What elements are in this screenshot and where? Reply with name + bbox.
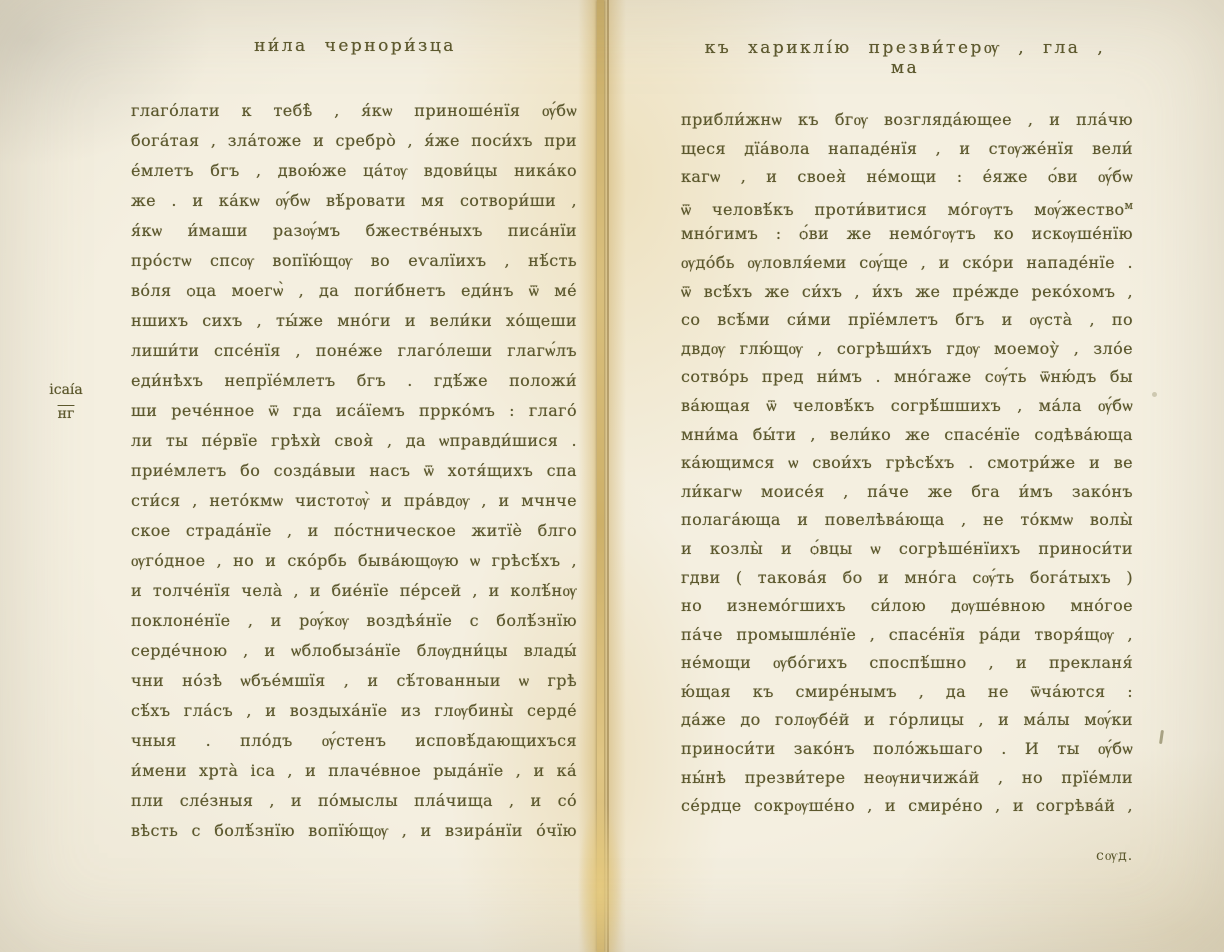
text-line: и козлы̀ и ѻ́вцы ѡ согрѣше́нїихъ приноси… <box>681 535 1133 564</box>
gutter-bottom-stain <box>572 800 628 952</box>
text-line: ю́щая къ смире́нымъ , да не ѿча́ются : <box>681 678 1133 707</box>
text-line: еди́нѣхъ непрїе́млетъ бгъ . гдѣ́же полож… <box>131 366 577 396</box>
text-line: серде́чною , и ѡблобыза́нїе блѹдни́цы вл… <box>131 636 577 666</box>
text-line: па́че промышле́нїе , спасе́нїя ра́ди тво… <box>681 621 1133 650</box>
text-line: сѣ́хъ гла́съ , и воздыха́нїе из глѹбины̀… <box>131 696 577 726</box>
text-line: кагѡ , и своея̀ не́мощи : е́яже ѻ́ви ѹ́б… <box>681 163 1133 192</box>
text-line: ли́кагѡ моисе́я , па́че же бга и́мъ зако… <box>681 478 1133 507</box>
text-line: но изнемо́гшихъ си́лою дѹше́вною мно́гое <box>681 592 1133 621</box>
text-line: ли ты пе́рвїе грѣхѝ своя̀ , да ѡправди́ш… <box>131 426 577 456</box>
text-line: щеся дїа́вола нападе́нїя , и стѹже́нїя в… <box>681 135 1133 164</box>
text-line: я́кѡ и́маши разѹ́мъ бжестве́ныхъ писа́нї… <box>131 216 577 246</box>
text-line: е́млетъ бгъ , двою́же ца́тѹ вдови́цы ник… <box>131 156 577 186</box>
right-running-head: къ хариклі́ю презви́терѹ , гла , ма <box>690 38 1120 78</box>
text-line: прибли́жнѡ къ бгѹ возгляда́ющее , и пла́… <box>681 106 1133 135</box>
text-line: же . и ка́кѡ ѹ́бѡ вѣ́ровати мя сотвори́ш… <box>131 186 577 216</box>
text-line: лиши́ти спсе́нїя , поне́же глаго́леши гл… <box>131 336 577 366</box>
text-line: ѹго́дное , но и ско́рбь быва́ющѹю ѡ грѣс… <box>131 546 577 576</box>
margin-note-book: ісаі́а <box>30 378 102 402</box>
text-line: со всѣ́ми си́ми прїе́млетъ бгъ и ѹста̀ ,… <box>681 306 1133 335</box>
text-line: полага́юща и повелѣва́юща , не то́кмѡ во… <box>681 506 1133 535</box>
text-line: ншихъ сихъ , ты́же мно́ги и вели́ки хо́щ… <box>131 306 577 336</box>
text-line: да́же до голѹбе́й и го́рлицы , и ма́лы м… <box>681 706 1133 735</box>
text-line: пли сле́зныя , и по́мыслы пла́чища , и с… <box>131 786 577 816</box>
text-line: и толче́нїя чела̀ , и бие́нїе пе́рсей , … <box>131 576 577 606</box>
text-line: про́стѡ спсѹ вопїю́щѹ во еѵалїихъ , нѣ́с… <box>131 246 577 276</box>
text-line: сотво́рь пред ни́мъ . мно́гаже сѹ́ть ѿню… <box>681 363 1133 392</box>
text-line: сти́ся , нето́кмѡ чистотѹ̀ и пра́вдѹ , и… <box>131 486 577 516</box>
text-line: во́ля ѻца моегѡ̀ , да поги́бнетъ еди́нъ … <box>131 276 577 306</box>
text-line: ка́ющимся ѡ свои́хъ грѣсѣ́хъ . смотри́же… <box>681 449 1133 478</box>
ink-speck <box>1159 730 1164 744</box>
text-line: глаго́лати к тебѣ̀ , я́кѡ приноше́нїя ѹ́… <box>131 96 577 126</box>
text-line: ва́ющая ѿ человѣ́къ согрѣ́шшихъ , ма́ла … <box>681 392 1133 421</box>
text-line: поклоне́нїе , и рѹ́кѹ воздѣя́нїе с болѣ́… <box>131 606 577 636</box>
margin-note-chapter: нг <box>30 402 102 426</box>
text-line: гдви ( такова́я бо и мно́га сѹ́ть бога́т… <box>681 564 1133 593</box>
text-line: приноси́ти зако́нъ поло́жьшаго . И ты ѹ́… <box>681 735 1133 764</box>
text-line: чни но́зѣ ѡбъе́мшїя , и сѣ́тованныи ѡ гр… <box>131 666 577 696</box>
text-line: се́рдце сокрѹше́но , и смире́но , и согр… <box>681 792 1133 821</box>
left-page-text: глаго́лати к тебѣ̀ , я́кѡ приноше́нїя ѹ́… <box>131 96 577 846</box>
text-line: ское страда́нїе , и по́стническое житїѐ … <box>131 516 577 546</box>
text-line: мно́гимъ : ѻ́ви же немо́гѹтъ ко искѹше́н… <box>681 220 1133 249</box>
text-line: ѿ человѣ́къ проти́витися мо́гѹтъ мѹ́жест… <box>681 192 1133 221</box>
text-line: не́мощи ѹбо́гихъ споспѣ́шно , и прекланя… <box>681 649 1133 678</box>
text-line: ѹдо́бь ѹловля́еми сѹ́ще , и ско́ри напад… <box>681 249 1133 278</box>
text-line: ши рече́нное ѿ гда иса́їемъ пррко́мъ : г… <box>131 396 577 426</box>
left-running-head: ни́ла чернори́зца <box>150 36 560 56</box>
margin-note-isaiah: ісаі́а нг <box>30 378 102 426</box>
text-line: двдѹ глю́щѹ , согрѣши́хъ гдѹ моемоу̀ , з… <box>681 335 1133 364</box>
text-line: прие́млетъ бо созда́выи насъ ѿ хотя́щихъ… <box>131 456 577 486</box>
text-line: мни́ма бы́ти , вели́ко же спасе́нїе содѣ… <box>681 421 1133 450</box>
right-page-text: прибли́жнѡ къ бгѹ возгляда́ющее , и пла́… <box>681 106 1133 821</box>
text-line: и́мени хрта̀ іса , и плаче́вное рыда́нїе… <box>131 756 577 786</box>
text-line: бога́тая , зла́тоже и сребро̀ , я́же пос… <box>131 126 577 156</box>
text-line: вѣсть с болѣ́знїю вопїю́щѹ , и взира́нїи… <box>131 816 577 846</box>
text-line: ны́нѣ презви́тере неѹничижа́й , но прїе́… <box>681 764 1133 793</box>
catchword-signature: сѹд. <box>1096 848 1133 865</box>
text-line: ѿ всѣ́хъ же си́хъ , и́хъ же пре́жде реко… <box>681 278 1133 307</box>
book-spread: ни́ла чернори́зца ісаі́а нг глаго́лати к… <box>0 0 1224 952</box>
superscript-letter: м <box>1125 199 1133 212</box>
text-line: чныя . пло́дъ ѹ́стенъ исповѣ́дающихъся <box>131 726 577 756</box>
ink-speck <box>1152 392 1157 397</box>
